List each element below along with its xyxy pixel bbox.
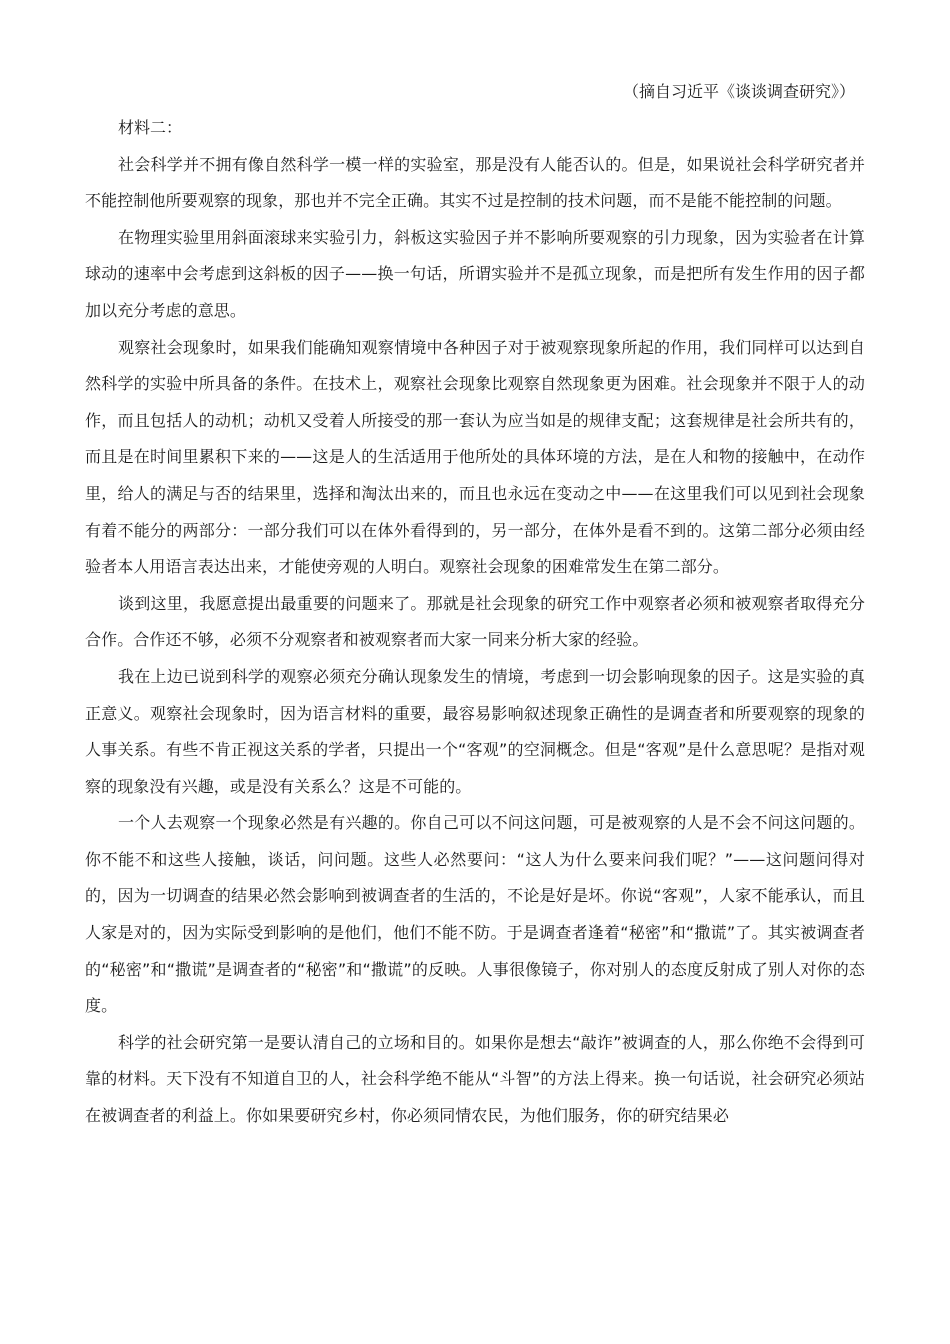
section-heading: 材料二：: [85, 110, 865, 147]
paragraph-1: 社会科学并不拥有像自然科学一模一样的实验室，那是没有人能否认的。但是，如果说社会…: [85, 147, 865, 220]
paragraph-6: 一个人去观察一个现象必然是有兴趣的。你自己可以不问这问题，可是被观察的人是不会不…: [85, 805, 865, 1025]
document-page: （摘自习近平《谈谈调查研究》） 材料二： 社会科学并不拥有像自然科学一模一样的实…: [85, 74, 865, 1135]
paragraph-7: 科学的社会研究第一是要认清自己的立场和目的。如果你是想去“敲诈”被调查的人，那么…: [85, 1025, 865, 1135]
paragraph-2: 在物理实验里用斜面滚球来实验引力，斜板这实验因子并不影响所要观察的引力现象，因为…: [85, 220, 865, 330]
paragraph-4: 谈到这里，我愿意提出最重要的问题来了。那就是社会现象的研究工作中观察者必须和被观…: [85, 586, 865, 659]
paragraph-5: 我在上边已说到科学的观察必须充分确认现象发生的情境，考虑到一切会影响现象的因子。…: [85, 659, 865, 805]
source-attribution: （摘自习近平《谈谈调查研究》）: [85, 74, 865, 110]
paragraph-3: 观察社会现象时，如果我们能确知观察情境中各种因子对于被观察现象所起的作用，我们同…: [85, 330, 865, 586]
